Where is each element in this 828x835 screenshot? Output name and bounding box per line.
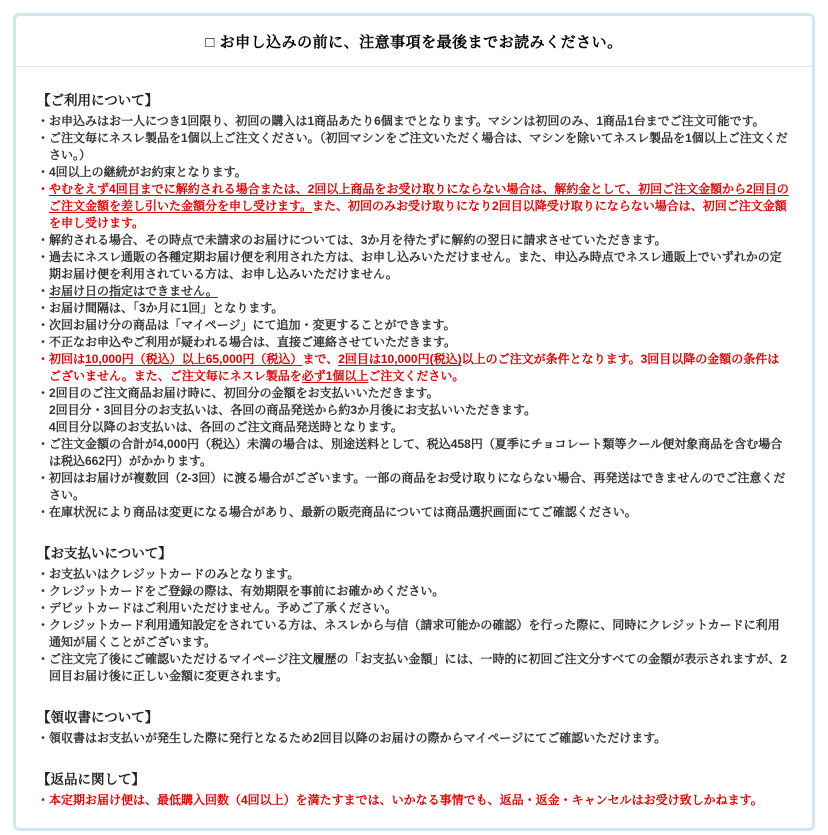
notice-item: ・領収書はお支払いが発生した際に発行となるため2回目以降のお届けの際からマイペー… xyxy=(37,730,791,747)
notice-item: ・やむをえず4回目までに解約される場合または、2回以上商品をお受け取りにならない… xyxy=(37,181,791,232)
text-segment: ・在庫状況により商品は変更になる場合があり、最新の販売商品については商品選択画面… xyxy=(37,505,637,519)
notice-header: □ お申し込みの前に、注意事項を最後までお読みください。 xyxy=(16,16,812,67)
notice-panel: □ お申し込みの前に、注意事項を最後までお読みください。 【ご利用について】・お… xyxy=(13,13,815,831)
notice-section: 【ご利用について】・お申込みはお一人につき1回限り、初回の購入は1商品あたり6個… xyxy=(37,92,791,521)
text-segment: ・ご注文完了後にご確認いただけるマイページ注文履歴の「お支払い金額」には、一時的… xyxy=(37,652,787,683)
section-heading: 【お支払いについて】 xyxy=(37,545,791,562)
text-segment: ・お申込みはお一人につき1回限り、初回の購入は1商品あたり6個までとなります。マ… xyxy=(37,114,765,128)
text-segment: ・ xyxy=(37,182,49,196)
notice-item: ・初回は10,000円（税込）以上65,000円（税込）まで、2回目は10,00… xyxy=(37,351,791,385)
notice-item: ・2回目のご注文商品お届け時に、初回分の金額をお支払いいただきます。 2回目分・… xyxy=(37,385,791,436)
text-segment: ・お届け間隔は、「3か月に1回」となります。 xyxy=(37,301,283,315)
text-segment: ・本定期お届け便は、最低購入回数（4回以上）を満たすまでは、いかなる事情でも、返… xyxy=(37,793,763,807)
section-heading: 【返品に関して】 xyxy=(37,771,791,788)
text-segment: 10,000円（税込）以上65,000円（税込） xyxy=(85,352,302,366)
notice-item: ・クレジットカード利用通知設定をされている方は、ネスレから与信（請求可能かの確認… xyxy=(37,617,791,651)
text-segment: ・デビットカードはご利用いただけません。予めご了承ください。 xyxy=(37,601,397,615)
notice-item: ・4回以上の継続がお約束となります。 xyxy=(37,164,791,181)
text-segment: ・クレジットカードをご登録の際は、有効期限を事前にお確かめください。 xyxy=(37,584,444,598)
text-segment: ・領収書はお支払いが発生した際に発行となるため2回目以降のお届けの際からマイペー… xyxy=(37,731,666,745)
text-segment: ・お支払いはクレジットカードのみとなります。 xyxy=(37,567,299,581)
notice-item: ・クレジットカードをご登録の際は、有効期限を事前にお確かめください。 xyxy=(37,583,791,600)
text-segment: ・初回はお届けが複数回（2-3回）に渡る場合がございます。一部の商品をお受け取り… xyxy=(37,471,785,502)
notice-item: ・お申込みはお一人につき1回限り、初回の購入は1商品あたり6個までとなります。マ… xyxy=(37,113,791,130)
notice-item: ・過去にネスレ通販の各種定期お届け便を利用された方は、お申し込みいただけません。… xyxy=(37,249,791,283)
notice-title: □ お申し込みの前に、注意事項を最後までお読みください。 xyxy=(205,31,622,52)
text-segment: まで、 xyxy=(302,352,338,366)
notice-section: 【領収書について】・領収書はお支払いが発生した際に発行となるため2回目以降のお届… xyxy=(37,709,791,747)
notice-item: ・ご注文金額の合計が4,000円（税込）未満の場合は、別途送料として、税込458… xyxy=(37,436,791,470)
text-segment: ご注文ください。 xyxy=(368,369,464,383)
text-segment: 2回目は10,000円(税込) xyxy=(338,352,461,366)
text-segment: ・クレジットカード利用通知設定をされている方は、ネスレから与信（請求可能かの確認… xyxy=(37,618,780,649)
text-segment: ・次回お届け分の商品は「マイページ」にて追加・変更することができます。 xyxy=(37,318,456,332)
notice-section: 【お支払いについて】・お支払いはクレジットカードのみとなります。・クレジットカー… xyxy=(37,545,791,685)
notice-item: ・初回はお届けが複数回（2-3回）に渡る場合がございます。一部の商品をお受け取り… xyxy=(37,470,791,504)
notice-item: ・お届け間隔は、「3か月に1回」となります。 xyxy=(37,300,791,317)
notice-item: ・不正なお申込やご利用が疑われる場合は、直接ご連絡させていただきます。 xyxy=(37,334,791,351)
notice-item: ・ご注文完了後にご確認いただけるマイページ注文履歴の「お支払い金額」には、一時的… xyxy=(37,651,791,685)
section-heading: 【領収書について】 xyxy=(37,709,791,726)
notice-item: ・お届け日の指定はできません。 xyxy=(37,283,791,300)
notice-item: ・解約される場合、その時点で未請求のお届けについては、3か月を待たずに解約の翌日… xyxy=(37,232,791,249)
text-segment: ・2回目のご注文商品お届け時に、初回分の金額をお支払いいただきます。 2回目分・… xyxy=(37,386,536,434)
text-segment: お届け日の指定はできません。 xyxy=(49,284,218,298)
section-heading: 【ご利用について】 xyxy=(37,92,791,109)
text-segment: ・解約される場合、その時点で未請求のお届けについては、3か月を待たずに解約の翌日… xyxy=(37,233,666,247)
notice-item: ・在庫状況により商品は変更になる場合があり、最新の販売商品については商品選択画面… xyxy=(37,504,791,521)
notice-item: ・ご注文毎にネスレ製品を1個以上ご注文ください。（初回マシンをご注文いただく場合… xyxy=(37,130,791,164)
notice-item: ・お支払いはクレジットカードのみとなります。 xyxy=(37,566,791,583)
notice-item: ・デビットカードはご利用いただけません。予めご了承ください。 xyxy=(37,600,791,617)
notice-section: 【返品に関して】・本定期お届け便は、最低購入回数（4回以上）を満たすまでは、いか… xyxy=(37,771,791,809)
notice-item: ・次回お届け分の商品は「マイページ」にて追加・変更することができます。 xyxy=(37,317,791,334)
text-segment: ・ご注文毎にネスレ製品を1個以上ご注文ください。（初回マシンをご注文いただく場合… xyxy=(37,131,788,162)
text-segment: ・過去にネスレ通販の各種定期お届け便を利用された方は、お申し込みいただけません。… xyxy=(37,250,782,281)
text-segment: ・不正なお申込やご利用が疑われる場合は、直接ご連絡させていただきます。 xyxy=(37,335,456,349)
notice-body: 【ご利用について】・お申込みはお一人につき1回限り、初回の購入は1商品あたり6個… xyxy=(16,67,812,829)
text-segment: ・ xyxy=(37,284,49,298)
text-segment: ・4回以上の継続がお約束となります。 xyxy=(37,165,247,179)
text-segment: 必ず1個以上 xyxy=(302,369,369,383)
notice-item: ・本定期お届け便は、最低購入回数（4回以上）を満たすまでは、いかなる事情でも、返… xyxy=(37,792,791,809)
text-segment: ・ご注文金額の合計が4,000円（税込）未満の場合は、別途送料として、税込458… xyxy=(37,437,782,468)
text-segment: ・初回は xyxy=(37,352,85,366)
